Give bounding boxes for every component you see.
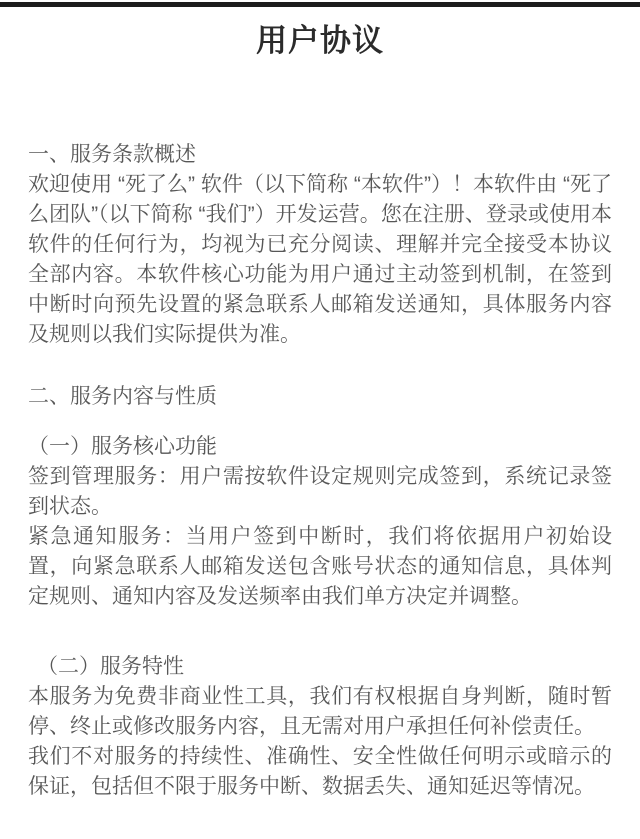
- section-heading: 一、服务条款概述: [28, 140, 612, 170]
- user-agreement-page: 用户协议 一、服务条款概述 欢迎使用 “死了么” 软件（以下简称 “本软件”）！…: [0, 0, 640, 839]
- paragraph: 欢迎使用 “死了么” 软件（以下简称 “本软件”）！本软件由 “死了么团队”（以…: [28, 170, 612, 350]
- subsection-service-traits: （二）服务特性 本服务为免费非商业性工具，我们有权根据自身判断，随时暂停、终止或…: [28, 652, 612, 802]
- agreement-content: 一、服务条款概述 欢迎使用 “死了么” 软件（以下简称 “本软件”）！本软件由 …: [0, 140, 640, 818]
- section-terms-overview: 一、服务条款概述 欢迎使用 “死了么” 软件（以下简称 “本软件”）！本软件由 …: [28, 140, 612, 350]
- paragraph: 紧急通知服务：当用户签到中断时，我们将依据用户初始设置，向紧急联系人邮箱发送包含…: [28, 522, 612, 612]
- subsection-heading: （二）服务特性: [28, 652, 612, 682]
- paragraph: 我们不对服务的持续性、准确性、安全性做任何明示或暗示的保证，包括但不限于服务中断…: [28, 742, 612, 802]
- page-title: 用户协议: [0, 22, 640, 60]
- top-divider-bar: [0, 2, 640, 7]
- paragraph: 签到管理服务：用户需按软件设定规则完成签到，系统记录签到状态。: [28, 462, 612, 522]
- subsection-core-functions: （一）服务核心功能 签到管理服务：用户需按软件设定规则完成签到，系统记录签到状态…: [28, 432, 612, 612]
- section-service-content: 二、服务内容与性质 （一）服务核心功能 签到管理服务：用户需按软件设定规则完成签…: [28, 382, 612, 802]
- paragraph: 本服务为免费非商业性工具，我们有权根据自身判断，随时暂停、终止或修改服务内容，且…: [28, 682, 612, 742]
- subsection-heading: （一）服务核心功能: [28, 432, 612, 462]
- section-heading: 二、服务内容与性质: [28, 382, 612, 412]
